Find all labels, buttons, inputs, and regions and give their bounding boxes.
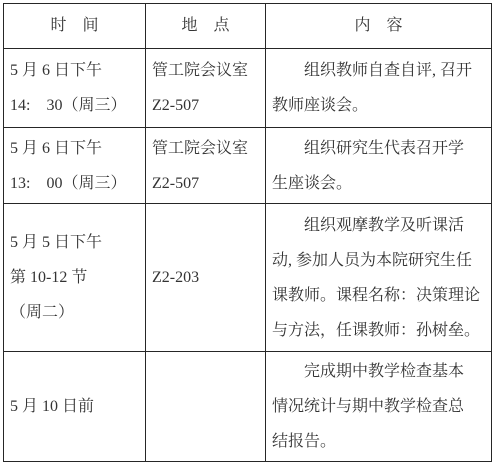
cell-time-3: 5 月 5 日下午 第 10-12 节 （周二） <box>4 204 146 352</box>
table-row: 5 月 5 日下午 第 10-12 节 （周二） Z2-203 组织观摩教学及听… <box>4 204 492 352</box>
schedule-table: 时 间 地 点 内 容 5 月 6 日下午 14: 30（周三） 管工院会议室 … <box>3 3 492 462</box>
header-cell-time: 时 间 <box>4 4 146 49</box>
cell-place-3: Z2-203 <box>146 204 266 352</box>
cell-place-4 <box>146 352 266 462</box>
cell-content-4: 完成期中教学检查基本 情况统计与期中教学检查总 结报告。 <box>266 352 492 462</box>
cell-time-1: 5 月 6 日下午 14: 30（周三） <box>4 49 146 128</box>
header-cell-content: 内 容 <box>266 4 492 49</box>
cell-content-3: 组织观摩教学及听课活 动, 参加人员为本院研究生任 课教师。课程名称：决策理论 … <box>266 204 492 352</box>
cell-time-2: 5 月 6 日下午 13: 00（周三） <box>4 128 146 204</box>
cell-place-2: 管工院会议室 Z2-507 <box>146 128 266 204</box>
cell-content-2: 组织研究生代表召开学 生座谈会。 <box>266 128 492 204</box>
table-row: 5 月 6 日下午 14: 30（周三） 管工院会议室 Z2-507 组织教师自… <box>4 49 492 128</box>
cell-place-1: 管工院会议室 Z2-507 <box>146 49 266 128</box>
table-row: 5 月 6 日下午 13: 00（周三） 管工院会议室 Z2-507 组织研究生… <box>4 128 492 204</box>
cell-time-4: 5 月 10 日前 <box>4 352 146 462</box>
header-cell-place: 地 点 <box>146 4 266 49</box>
table-row: 5 月 10 日前 完成期中教学检查基本 情况统计与期中教学检查总 结报告。 <box>4 352 492 462</box>
cell-content-1: 组织教师自查自评, 召开 教师座谈会。 <box>266 49 492 128</box>
header-row: 时 间 地 点 内 容 <box>4 4 492 49</box>
